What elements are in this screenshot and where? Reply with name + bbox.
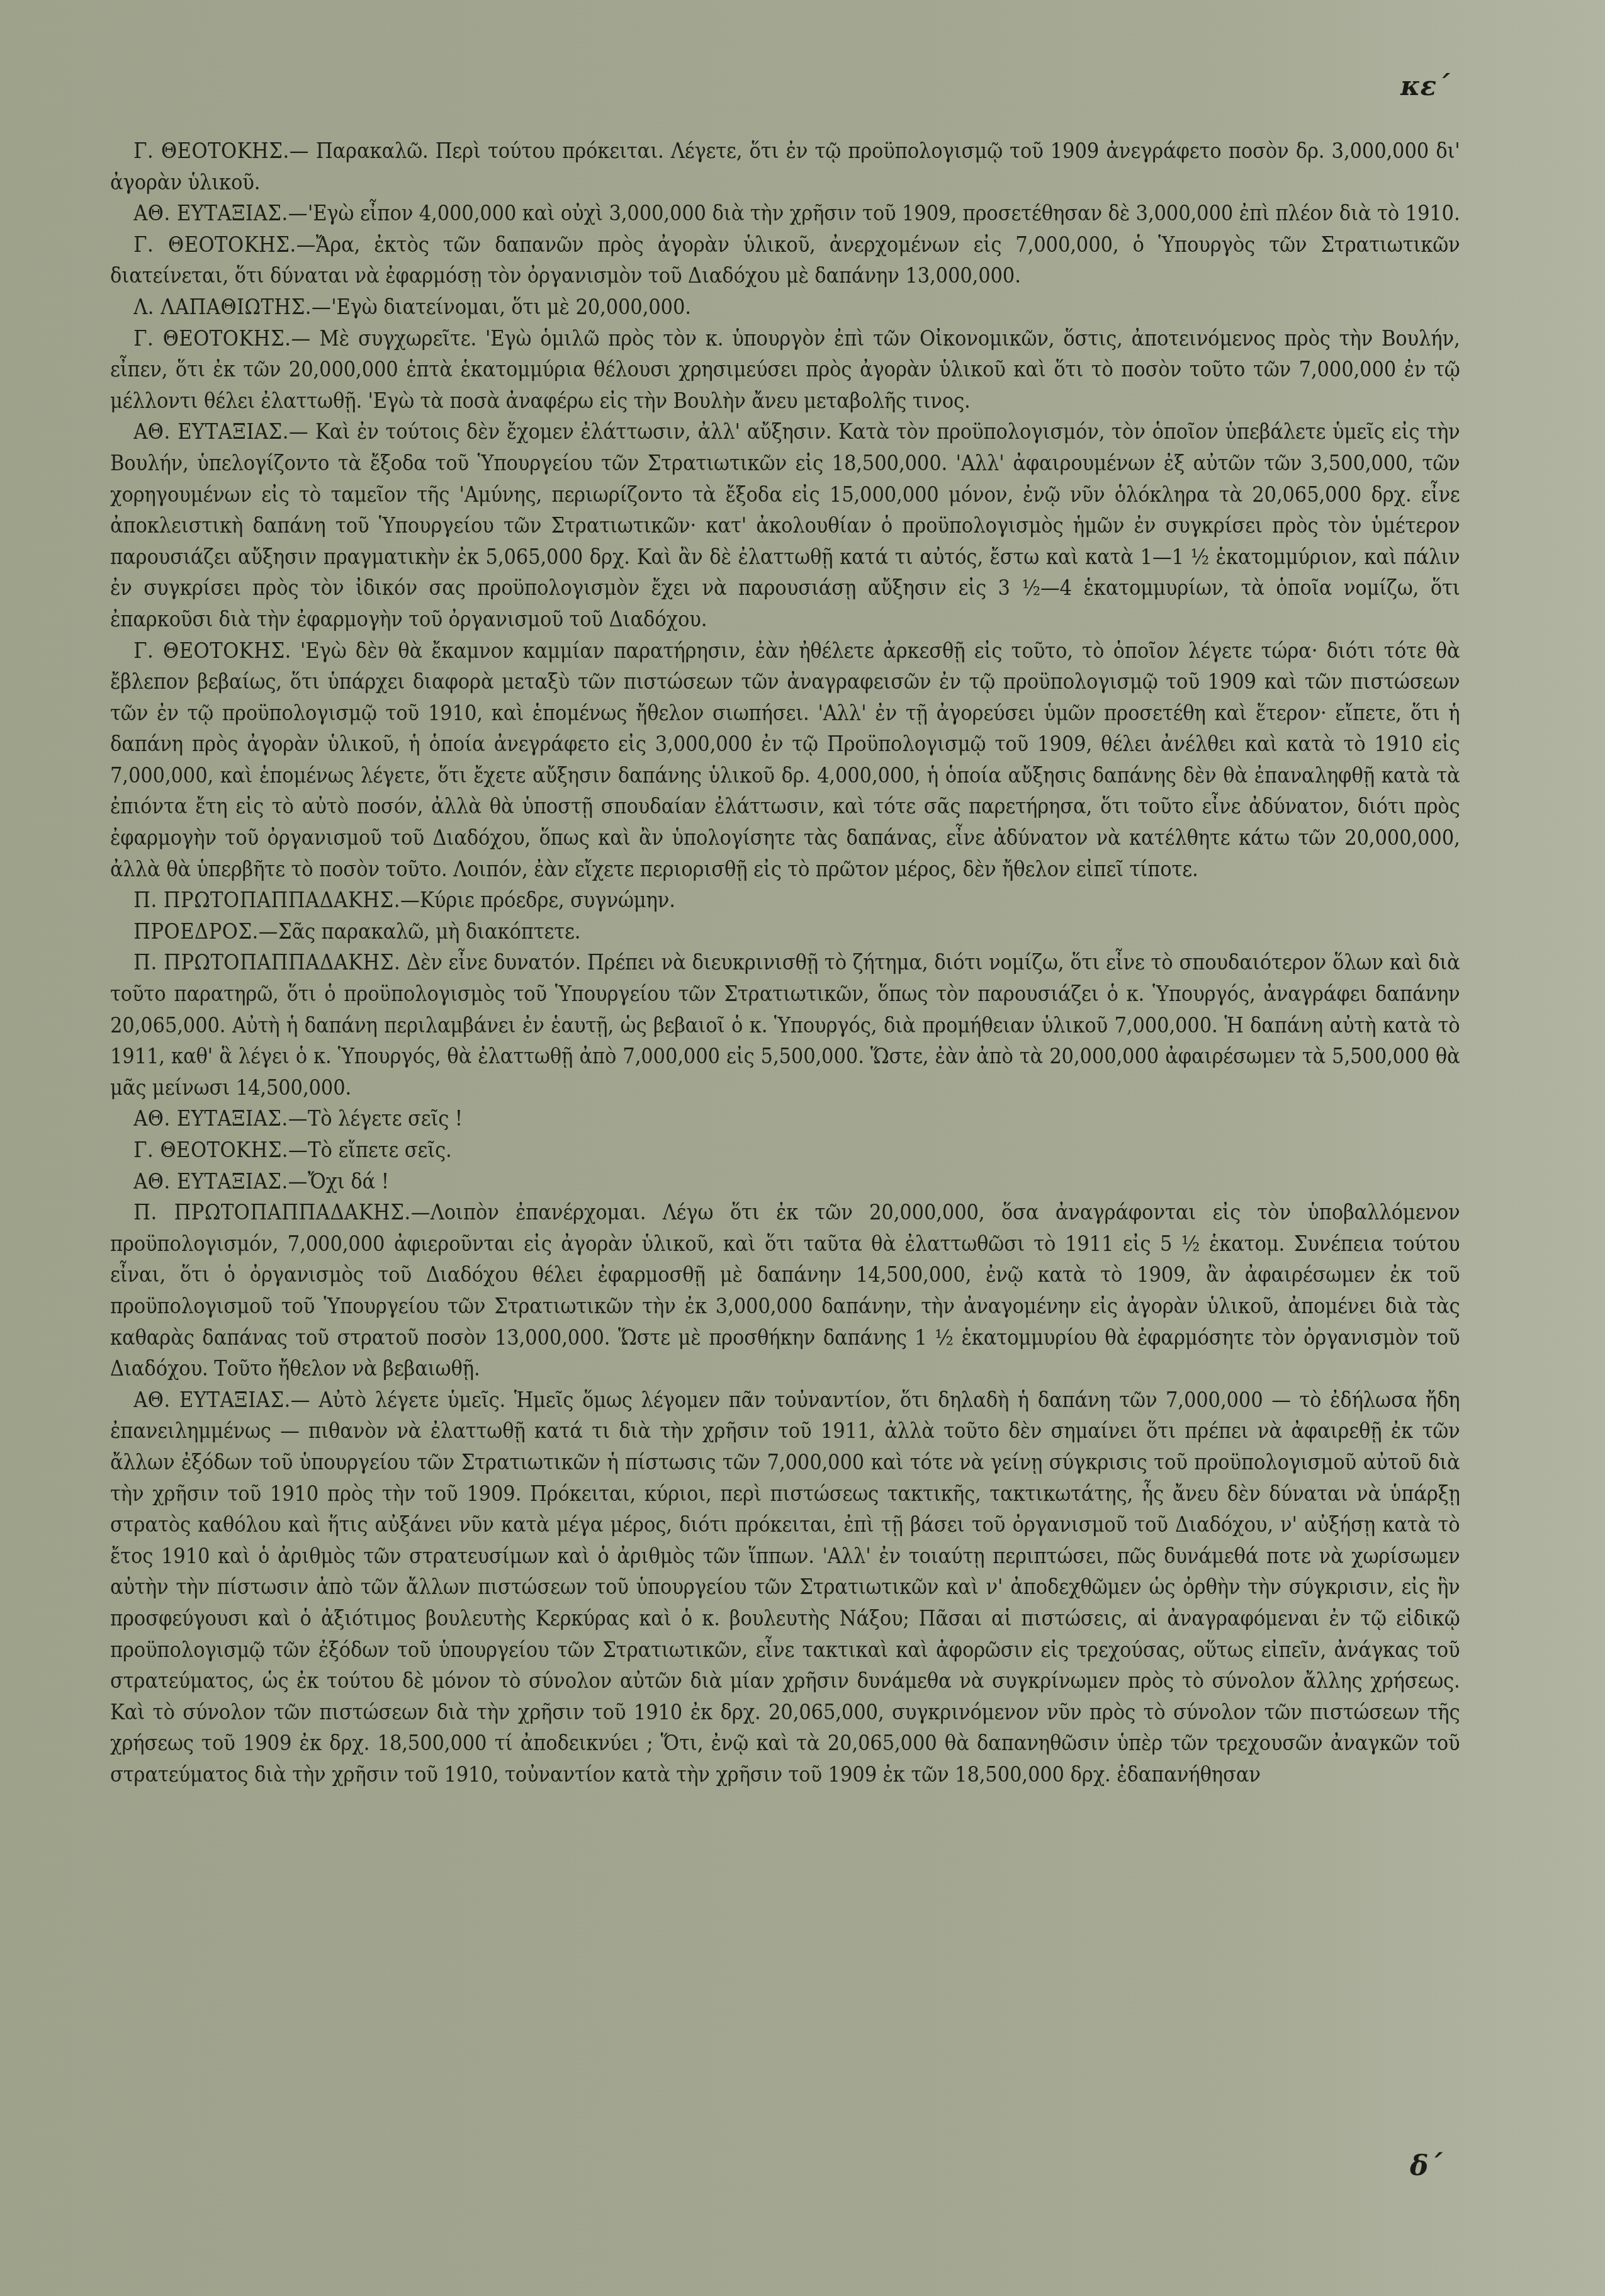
speaker-name: Λ. ΛΑΠΑΘΙΩΤΗΣ.— [133,295,331,319]
speaker-name: ΑΘ. ΕΥΤΑΞΙΑΣ.— [133,201,308,225]
speech-paragraph: ΑΘ. ΕΥΤΑΞΙΑΣ.—'Εγὼ εἶπον 4,000,000 καὶ ο… [110,198,1460,229]
speech-paragraph: Γ. ΘΕΟΤΟΚΗΣ. 'Εγὼ δὲν θὰ ἔκαμνον καμμίαν… [110,635,1460,885]
speech-paragraph: ΑΘ. ΕΥΤΑΞΙΑΣ.— Καὶ ἐν τούτοις δὲν ἔχομεν… [110,416,1460,635]
speech-text: Σᾶς παρακαλῶ, μὴ διακόπτετε. [278,919,580,944]
speech-paragraph: ΠΡΟΕΔΡΟΣ.—Σᾶς παρακαλῶ, μὴ διακόπτετε. [110,916,1460,947]
speaker-name: ΑΘ. ΕΥΤΑΞΙΑΣ.— [133,1106,308,1131]
speech-paragraph: ΑΘ. ΕΥΤΑΞΙΑΣ.— Αὐτὸ λέγετε ὑμεῖς. Ἡμεῖς … [110,1384,1460,1790]
speaker-name: Γ. ΘΕΟΤΟΚΗΣ. [133,638,291,663]
speaker-name: ΠΡΟΕΔΡΟΣ.— [133,919,278,944]
speech-paragraph: Γ. ΘΕΟΤΟΚΗΣ.— Παρακαλῶ. Περὶ τούτου πρόκ… [110,135,1460,198]
speaker-name: Π. ΠΡΩΤΟΠΑΠΠΑΔΑΚΗΣ.— [133,1200,431,1224]
speaker-name: ΑΘ. ΕΥΤΑΞΙΑΣ.— [133,1169,308,1194]
speaker-name: ΑΘ. ΕΥΤΑΞΙΑΣ.— [133,419,308,444]
speaker-name: Π. ΠΡΩΤΟΠΑΠΠΑΔΑΚΗΣ. [133,950,400,975]
speaker-name: Π. ΠΡΩΤΟΠΑΠΠΑΔΑΚΗΣ.— [133,888,420,912]
speech-text: 'Εγὼ διατείνομαι, ὅτι μὲ 20,000,000. [331,295,691,319]
speech-paragraph: Π. ΠΡΩΤΟΠΑΠΠΑΔΑΚΗΣ. Δὲν εἶνε δυνατόν. Πρ… [110,947,1460,1103]
speech-paragraph: Π. ΠΡΩΤΟΠΑΠΠΑΔΑΚΗΣ.—Λοιπὸν ἐπανέρχομαι. … [110,1197,1460,1384]
page-number-bottom: δ΄ [1410,2150,1442,2182]
speech-text: Καὶ ἐν τούτοις δὲν ἔχομεν ἐλάττωσιν, ἀλλ… [110,419,1460,631]
speech-paragraph: ΑΘ. ΕΥΤΑΞΙΑΣ.—Τὸ λέγετε σεῖς ! [110,1103,1460,1134]
speech-paragraph: ΑΘ. ΕΥΤΑΞΙΑΣ.—Ὄχι δά ! [110,1166,1460,1197]
page-number-top: κε΄ [1400,71,1450,101]
speech-text: Μὲ συγχωρεῖτε. 'Εγὼ ὁμιλῶ πρὸς τὸν κ. ὑπ… [110,326,1460,413]
speech-text: 'Εγὼ δὲν θὰ ἔκαμνον καμμίαν παρατήρησιν,… [110,638,1460,881]
speech-paragraph: Γ. ΘΕΟΤΟΚΗΣ.— Μὲ συγχωρεῖτε. 'Εγὼ ὁμιλῶ … [110,323,1460,417]
speech-text: Αὐτὸ λέγετε ὑμεῖς. Ἡμεῖς ὅμως λέγομεν πᾶ… [110,1388,1460,1787]
speech-text: Λοιπὸν ἐπανέρχομαι. Λέγω ὅτι ἐκ τῶν 20,0… [110,1200,1460,1381]
speech-text: Τὸ λέγετε σεῖς ! [308,1106,463,1131]
speech-text: 'Εγὼ εἶπον 4,000,000 καὶ οὐχὶ 3,000,000 … [308,201,1460,225]
speaker-name: Γ. ΘΕΟΤΟΚΗΣ.— [133,326,310,351]
transcript-body: Γ. ΘΕΟΤΟΚΗΣ.— Παρακαλῶ. Περὶ τούτου πρόκ… [110,135,1460,1790]
speech-text: Ὄχι δά ! [308,1169,389,1194]
speech-paragraph: Γ. ΘΕΟΤΟΚΗΣ.—Ἄρα, ἐκτὸς τῶν δαπανῶν πρὸς… [110,229,1460,291]
speaker-name: Γ. ΘΕΟΤΟΚΗΣ.— [133,232,316,257]
speech-paragraph: Γ. ΘΕΟΤΟΚΗΣ.—Τὸ εἴπετε σεῖς. [110,1134,1460,1166]
speech-text: Παρακαλῶ. Περὶ τούτου πρόκειται. Λέγετε,… [110,139,1460,195]
speech-paragraph: Π. ΠΡΩΤΟΠΑΠΠΑΔΑΚΗΣ.—Κύριε πρόεδρε, συγνώ… [110,885,1460,916]
speech-text: Κύριε πρόεδρε, συγνώμην. [420,888,675,912]
speaker-name: Γ. ΘΕΟΤΟΚΗΣ.— [133,139,309,163]
speaker-name: ΑΘ. ΕΥΤΑΞΙΑΣ.— [133,1388,310,1412]
speech-paragraph: Λ. ΛΑΠΑΘΙΩΤΗΣ.—'Εγὼ διατείνομαι, ὅτι μὲ … [110,291,1460,323]
speech-text: Τὸ εἴπετε σεῖς. [308,1138,451,1162]
speaker-name: Γ. ΘΕΟΤΟΚΗΣ.— [133,1138,308,1162]
